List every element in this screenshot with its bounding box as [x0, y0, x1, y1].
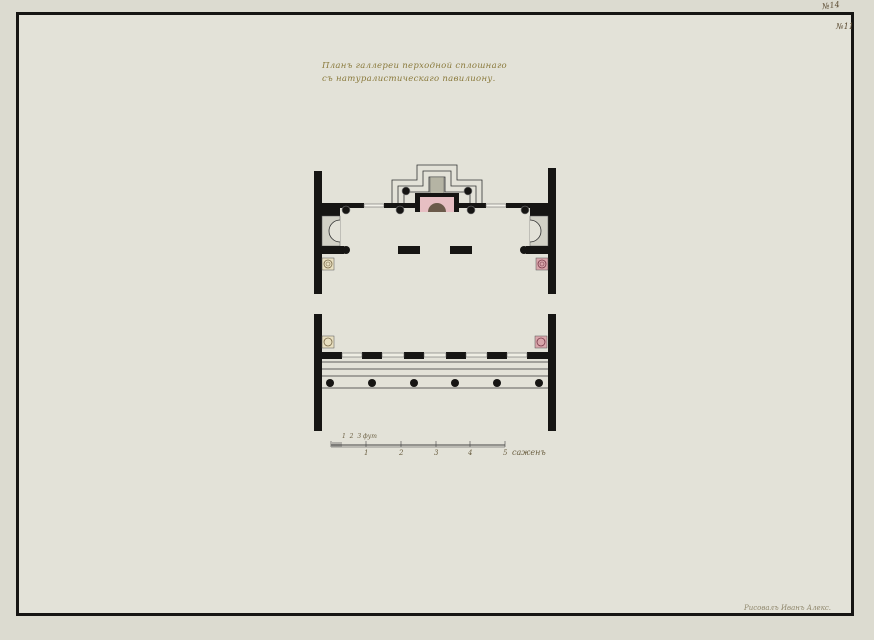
right-wall [548, 168, 556, 294]
floor-plan [0, 0, 874, 640]
left-exedra [322, 208, 350, 254]
niche-grey [430, 177, 444, 194]
scale-small-labels: 1 2 3 фут [342, 433, 377, 440]
left-wall [314, 171, 322, 294]
scale-bar [331, 441, 505, 447]
window-left [364, 204, 384, 207]
right-exedra [520, 208, 548, 254]
artist-signature: Рисовалъ Иванъ Алекс. [744, 604, 831, 612]
lower-plan-section [314, 314, 556, 431]
stove-left-lower [322, 336, 334, 348]
stove-left [322, 258, 334, 270]
stove-right-pink [536, 258, 548, 270]
stove-right-lower-pink [535, 336, 547, 348]
upper-plan-section [314, 165, 556, 294]
window-right [486, 204, 506, 207]
scale-unit-label: саженъ [512, 448, 546, 457]
